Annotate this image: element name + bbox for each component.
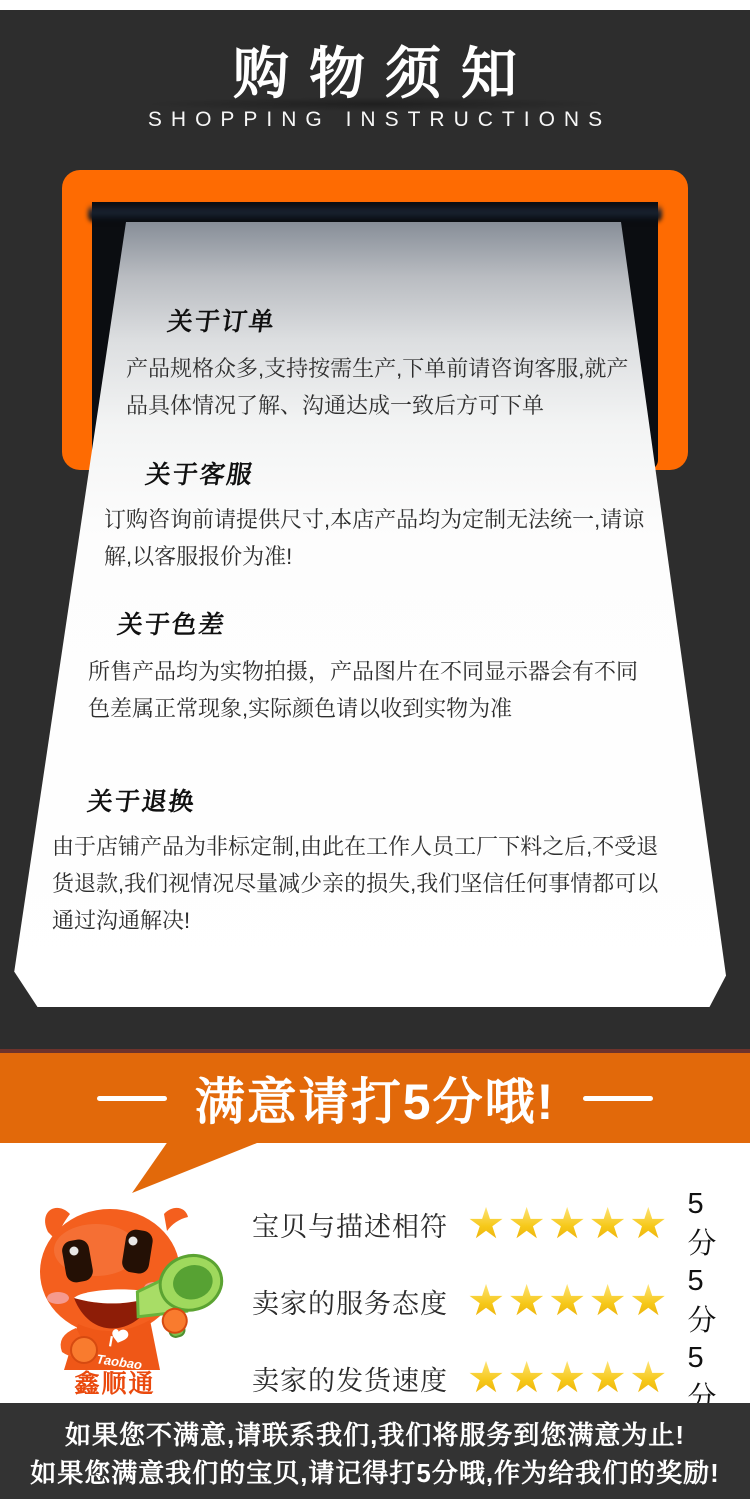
rating-score: 5分 <box>688 1265 732 1339</box>
section-heading: 关于退换 <box>85 782 198 818</box>
footer-line-1: 如果您不满意,请联系我们,我们将服务到您满意为止! <box>0 1416 750 1454</box>
rating-row-description: 宝贝与描述相符 ★★★★★ 5分 <box>252 1186 732 1263</box>
printer-slot-shadow <box>88 204 662 222</box>
section-customer-service: 关于客服 订购咨询前请提供尺寸,本店产品均为定制无法统一,请谅解,以客服报价为准… <box>146 455 254 491</box>
section-body: 产品规格众多,支持按需生产,下单前请咨询客服,就产品具体情况了解、沟通达成一致后… <box>126 350 646 424</box>
section-heading: 关于色差 <box>115 605 228 641</box>
footer-message: 如果您不满意,请联系我们,我们将服务到您满意为止! 如果您满意我们的宝贝,请记得… <box>0 1403 750 1499</box>
rating-list: 宝贝与描述相符 ★★★★★ 5分 卖家的服务态度 ★★★★★ 5分 卖家的发货速… <box>252 1186 732 1417</box>
section-returns: 关于退换 由于店铺产品为非标定制,由此在工作人员工厂下料之后,不受退货退款,我们… <box>88 782 196 818</box>
section-color-difference: 关于色差 所售产品均为实物拍摄，产品图片在不同显示器会有不同色差属正常现象,实际… <box>118 605 226 641</box>
mascot-illustration: I Taobao <box>18 1198 233 1370</box>
page-subtitle: SHOPPING INSTRUCTIONS <box>0 108 750 132</box>
section-orders: 关于订单 产品规格众多,支持按需生产,下单前请咨询客服,就产品具体情况了解、沟通… <box>168 302 276 338</box>
banner-left-dash <box>97 1096 167 1101</box>
rating-label: 卖家的发货速度 <box>252 1359 467 1398</box>
section-heading: 关于客服 <box>143 455 256 491</box>
store-name: 鑫顺通 <box>30 1364 200 1400</box>
banner-text: 满意请打5分哦! <box>195 1062 555 1134</box>
section-heading: 关于订单 <box>165 302 278 338</box>
five-star-icons: ★★★★★ <box>467 1357 670 1400</box>
speech-bubble-tail <box>128 1141 262 1193</box>
top-white-strip <box>0 0 750 10</box>
rating-score: 5分 <box>688 1188 732 1262</box>
rate-banner: 满意请打5分哦! <box>0 1053 750 1143</box>
rating-label: 宝贝与描述相符 <box>252 1205 467 1244</box>
banner-right-dash <box>583 1096 653 1101</box>
five-star-icons: ★★★★★ <box>467 1280 670 1323</box>
section-body: 所售产品均为实物拍摄，产品图片在不同显示器会有不同色差属正常现象,实际颜色请以收… <box>88 653 648 727</box>
footer-line-2: 如果您满意我们的宝贝,请记得打5分哦,作为给我们的奖励! <box>0 1454 750 1492</box>
shopping-instructions-page: 购物须知 SHOPPING INSTRUCTIONS 关于订单 产品规格众多,支… <box>0 0 750 1499</box>
section-body: 订购咨询前请提供尺寸,本店产品均为定制无法统一,请谅解,以客服报价为准! <box>104 501 649 575</box>
section-body: 由于店铺产品为非标定制,由此在工作人员工厂下料之后,不受退货退款,我们视情况尽量… <box>52 828 672 939</box>
five-star-icons: ★★★★★ <box>467 1203 670 1246</box>
rating-row-service: 卖家的服务态度 ★★★★★ 5分 <box>252 1263 732 1340</box>
rating-label: 卖家的服务态度 <box>252 1282 467 1321</box>
